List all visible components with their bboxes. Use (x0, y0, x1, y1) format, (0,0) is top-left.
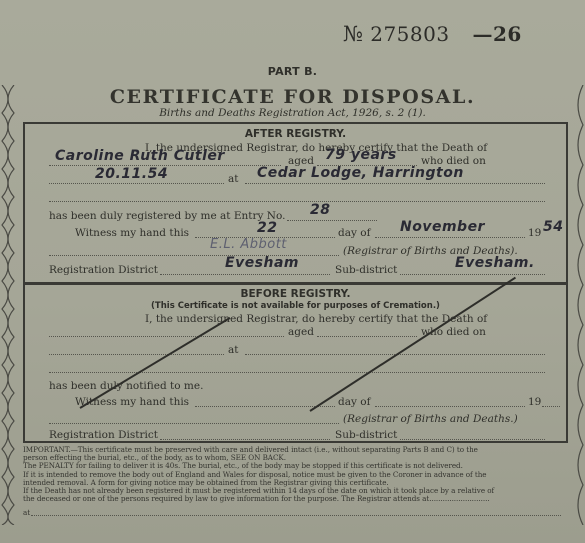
after-registry-section: AFTER REGISTRY. I, the undersigned Regis… (23, 122, 568, 284)
witness-text: Witness my hand this (75, 227, 189, 239)
subdistrict-dotted-line (400, 273, 545, 275)
place-of-death: Cedar Lodge, Harrington (257, 165, 464, 181)
witness-text: Witness my hand this (75, 396, 189, 408)
day-value: 22 (257, 220, 277, 236)
place-dotted-line (245, 182, 545, 184)
age-dotted-line (317, 335, 417, 337)
attends-dotted-line (31, 514, 561, 516)
at-label: at (228, 344, 238, 356)
date-of-death: 20.11.54 (95, 166, 168, 182)
month-dotted-line (375, 236, 525, 238)
district-dotted-line (160, 438, 330, 440)
at-label: at (23, 509, 30, 517)
notified-text: has been duly notified to me. (49, 380, 203, 392)
notice-line: If the Death has not already been regist… (23, 487, 568, 495)
decorative-border-right-icon (567, 85, 585, 525)
decorative-border-left-icon (0, 85, 18, 525)
blank-dotted-line (49, 200, 545, 202)
year-prefix: 19 (528, 396, 541, 408)
age-value: 79 years (325, 147, 397, 163)
district-label: Registration District (49, 264, 158, 276)
date-dotted-line (49, 182, 224, 184)
entry-dotted-line (287, 219, 377, 221)
subdistrict-dotted-line (400, 438, 545, 440)
year-dotted-line (542, 405, 560, 407)
district-value: Evesham (225, 255, 299, 271)
registered-text: has been duly registered by me at Entry … (49, 210, 285, 222)
day-of-label: day of (338, 227, 370, 239)
notice-line: person effecting the burial, etc., of th… (23, 454, 568, 462)
entry-number: 28 (310, 202, 330, 218)
subdistrict-label: Sub-district (335, 264, 397, 276)
before-registry-section: BEFORE REGISTRY. (This Certificate is no… (23, 283, 568, 443)
notice-line: If it is intended to remove the body out… (23, 471, 568, 479)
certify-text: I, the undersigned Registrar, do hereby … (145, 313, 487, 325)
aged-label: aged (288, 326, 314, 338)
name-dotted-line (49, 335, 284, 337)
notice-line: IMPORTANT.—This certificate must be pres… (23, 446, 568, 454)
blank-dotted-line (49, 371, 545, 373)
month-value: November (400, 219, 485, 235)
registrar-label: (Registrar of Births and Deaths.) (343, 413, 518, 425)
date-dotted-line (49, 353, 224, 355)
cremation-note: (This Certificate is not available for p… (25, 301, 566, 311)
notice-line: intended removal. A form for giving noti… (23, 479, 568, 487)
registrar-signature: E.L. Abbott (210, 237, 287, 252)
page-title: CERTIFICATE FOR DISPOSAL. (0, 86, 585, 108)
attends-at-line: at (23, 509, 568, 517)
signature-dotted-line (49, 422, 339, 424)
number-sign: № (343, 22, 363, 46)
subdistrict-value: Evesham. (455, 255, 535, 271)
deceased-name: Caroline Ruth Cutler (55, 148, 225, 164)
certificate-paper: № 275803 —26 PART B. CERTIFICATE FOR DIS… (0, 0, 585, 543)
important-notice: IMPORTANT.—This certificate must be pres… (23, 446, 568, 518)
year-prefix: 19 (528, 227, 541, 239)
district-label: Registration District (49, 429, 158, 441)
act-reference: Births and Deaths Registration Act, 1926… (0, 107, 585, 119)
subdistrict-label: Sub-district (335, 429, 397, 441)
certificate-number: № 275803 —26 (343, 22, 522, 46)
notice-line: The PENALTY for failing to deliver it is… (23, 462, 568, 470)
notice-line: the deceased or one of the persons requi… (23, 495, 568, 503)
day-of-label: day of (338, 396, 370, 408)
at-label: at (228, 173, 238, 185)
serial-suffix: —26 (472, 22, 521, 46)
serial-number: 275803 (370, 22, 449, 46)
part-label: PART B. (0, 65, 585, 78)
month-dotted-line (375, 405, 525, 407)
district-dotted-line (160, 273, 330, 275)
year-value: 54 (543, 219, 563, 235)
after-registry-heading: AFTER REGISTRY. (25, 128, 566, 140)
